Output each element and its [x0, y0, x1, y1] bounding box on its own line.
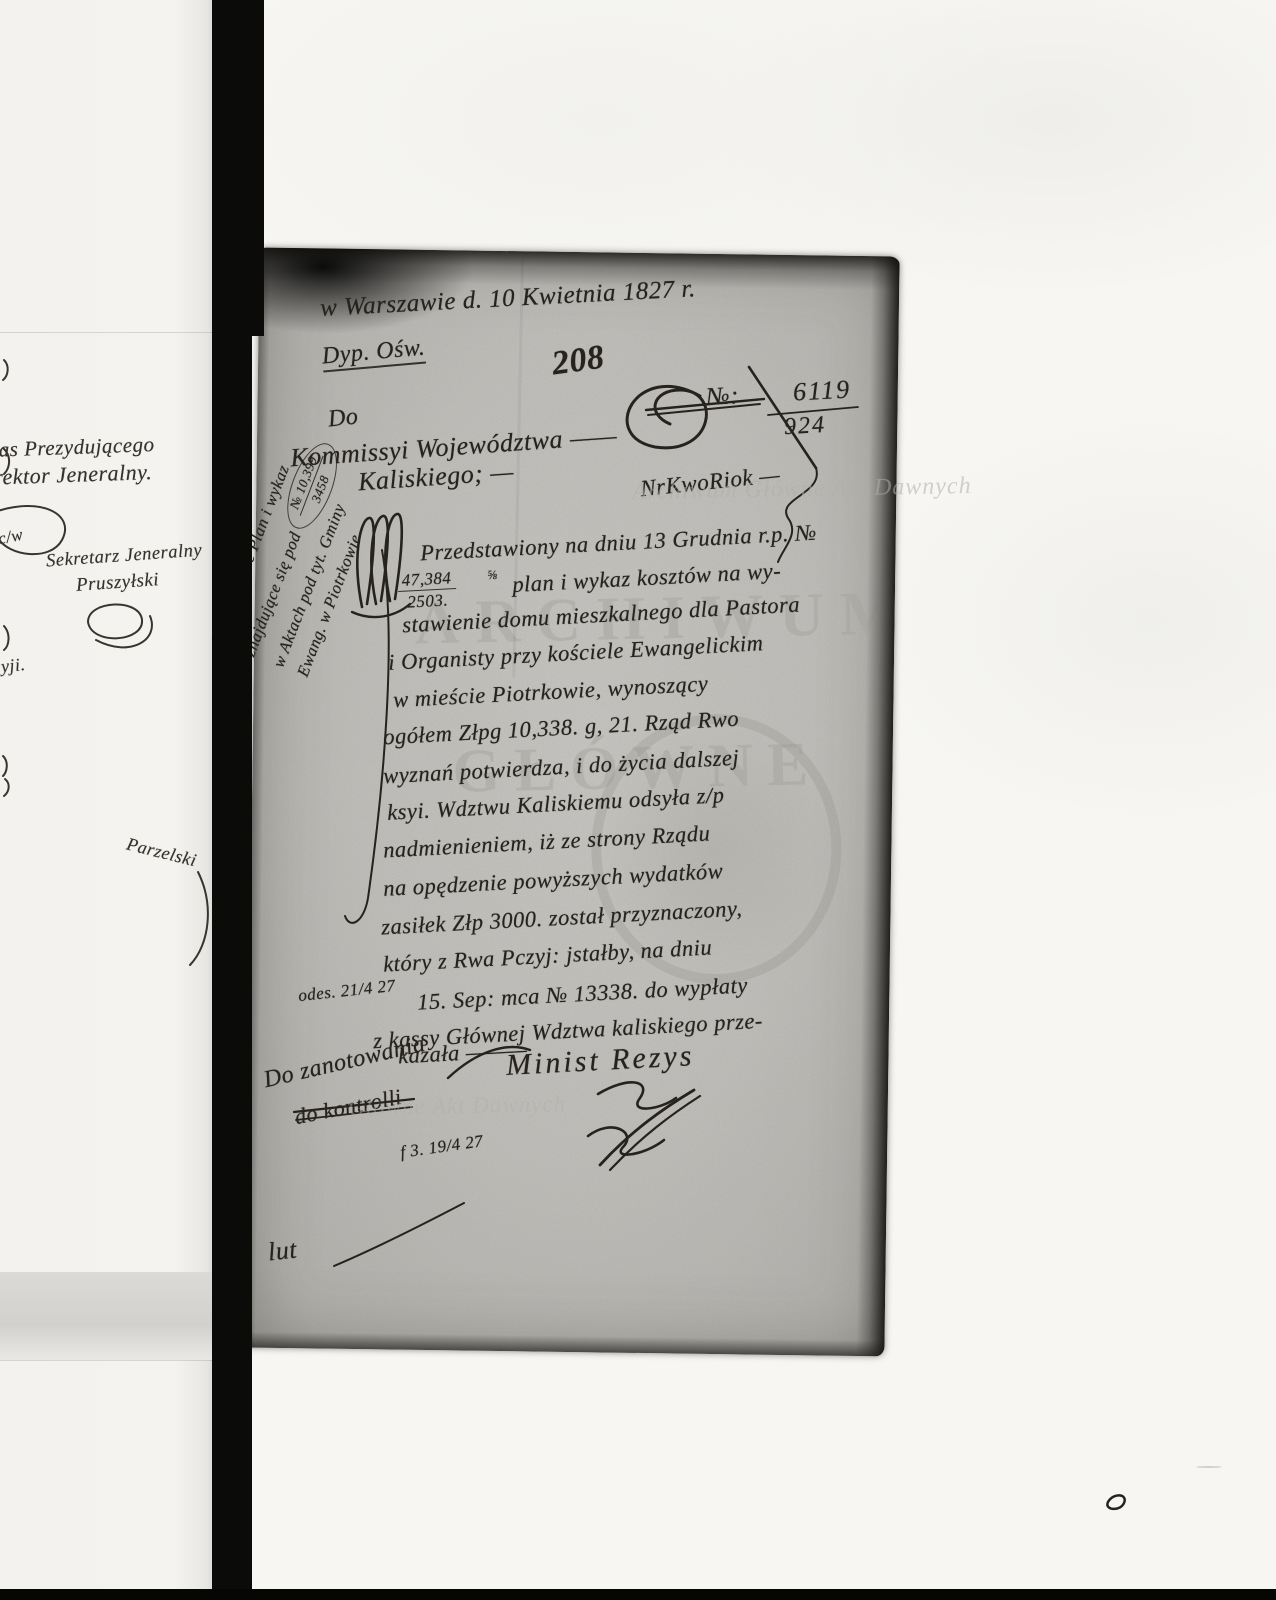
page-seam	[0, 332, 213, 333]
scratch-mark	[1196, 1466, 1222, 1468]
left-page-signature-name: Pruszyłski	[75, 570, 159, 595]
microfilm-scan: ras Prezydującego yrektor Jeneralny. c/w…	[0, 0, 1276, 1600]
folio-number: 208	[550, 341, 607, 382]
reference-number-top: 6119	[792, 376, 851, 405]
film-edge-bottom	[0, 1589, 1276, 1600]
page-edge-bottom	[244, 1331, 884, 1356]
page-seam	[0, 1360, 213, 1361]
left-page-signature: Parzelski	[125, 835, 199, 870]
left-page-fragment-text: c/w	[0, 526, 25, 548]
left-page-fragment-text: Sekcyji.	[0, 655, 26, 679]
page-shadow-band	[0, 1272, 213, 1360]
left-page-fragment: ras Prezydującego yrektor Jeneralny. c/w…	[0, 0, 213, 1600]
left-page-line: Sekretarz Jeneralny	[46, 542, 203, 571]
reference-number-label: №:	[705, 383, 739, 410]
left-page-line: ras Prezydującego	[0, 434, 155, 461]
superscript-insert: ⅝	[487, 567, 498, 583]
case-number-fraction: 47,384 2503.	[397, 569, 457, 611]
page-edge-right	[856, 256, 899, 1356]
film-edge-strip	[212, 0, 252, 1600]
corner-note: lut	[267, 1237, 299, 1266]
reference-number-bottom: 924	[783, 413, 826, 439]
left-page-line: yrektor Jeneralny.	[0, 461, 153, 489]
